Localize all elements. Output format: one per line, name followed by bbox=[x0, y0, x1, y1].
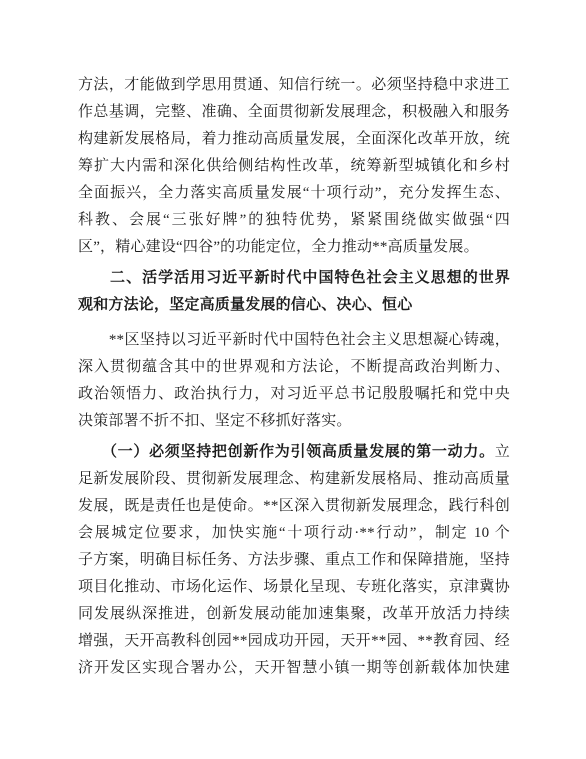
text-run: 足新发展阶段、贯彻新发展理念、构建新发展格局、推动高质量 bbox=[78, 471, 510, 487]
text-run: 会展城定位要求，加快实施“十项行动·**行动”，制定 10 个 bbox=[78, 525, 510, 541]
text-line: 同发展纵深推进，创新发展动能加速集聚，改革开放活力持续 bbox=[78, 601, 510, 628]
text-run: 区”，精心建设“四谷”的功能定位，全力推动**高质量发展。 bbox=[78, 239, 479, 255]
text-run: 同发展纵深推进，创新发展动能加速集聚，改革开放活力持续 bbox=[78, 606, 510, 622]
paragraph: 方法，才能做到学思用贯通、知信行统一。必须坚持稳中求进工作总基调，完整、准确、全… bbox=[78, 72, 510, 261]
text-line: 筹扩大内需和深化供给侧结构性改革，统筹新型城镇化和乡村 bbox=[78, 153, 510, 180]
text-line: （一）必须坚持把创新作为引领高质量发展的第一动力。立 bbox=[78, 439, 510, 466]
text-line: 足新发展阶段、贯彻新发展理念、构建新发展格局、推动高质量 bbox=[78, 466, 510, 493]
text-run: 筹扩大内需和深化供给侧结构性改革，统筹新型城镇化和乡村 bbox=[78, 158, 510, 174]
text-run: 深入贯彻蕴含其中的世界观和方法论，不断提高政治判断力、 bbox=[78, 359, 510, 375]
text-line: 方法，才能做到学思用贯通、知信行统一。必须坚持稳中求进工 bbox=[78, 72, 510, 99]
text-run: 项目化推动、市场化运作、场景化呈现、专班化落实，京津冀协 bbox=[78, 579, 510, 595]
text-run: 立 bbox=[495, 444, 510, 460]
text-run bbox=[78, 444, 109, 460]
text-line: 科教、会展“三张好牌”的独特优势，紧紧围绕做实做强“四 bbox=[78, 207, 510, 234]
text-line: 子方案，明确目标任务、方法步骤、重点工作和保障措施，坚持 bbox=[78, 547, 510, 574]
text-run: 济开发区实现合署办公，天开智慧小镇一期等创新载体加快建 bbox=[78, 660, 510, 676]
text-run: **区坚持以习近平新时代中国特色社会主义思想凝心铸魂， bbox=[78, 332, 510, 348]
text-line: **区坚持以习近平新时代中国特色社会主义思想凝心铸魂， bbox=[78, 327, 510, 354]
text-line: 政治领悟力、政治执行力，对习近平总书记殷殷嘱托和党中央 bbox=[78, 381, 510, 408]
text-line: 发展，既是责任也是使命。**区深入贯彻新发展理念，践行科创 bbox=[78, 493, 510, 520]
document-text-block: 方法，才能做到学思用贯通、知信行统一。必须坚持稳中求进工作总基调，完整、准确、全… bbox=[78, 72, 510, 682]
paragraph: **区坚持以习近平新时代中国特色社会主义思想凝心铸魂，深入贯彻蕴含其中的世界观和… bbox=[78, 327, 510, 435]
text-line: 项目化推动、市场化运作、场景化呈现、专班化落实，京津冀协 bbox=[78, 574, 510, 601]
text-run: 全面振兴，全力落实高质量发展“十项行动”，充分发挥生态、 bbox=[78, 185, 510, 201]
text-line: 二、活学活用习近平新时代中国特色社会主义思想的世界 bbox=[78, 265, 510, 292]
text-run: 发展，既是责任也是使命。**区深入贯彻新发展理念，践行科创 bbox=[78, 498, 510, 514]
text-line: 观和方法论，坚定高质量发展的信心、决心、恒心 bbox=[78, 292, 510, 319]
text-run: 观和方法论，坚定高质量发展的信心、决心、恒心 bbox=[78, 297, 412, 313]
text-line: 会展城定位要求，加快实施“十项行动·**行动”，制定 10 个 bbox=[78, 520, 510, 547]
text-line: 深入贯彻蕴含其中的世界观和方法论，不断提高政治判断力、 bbox=[78, 354, 510, 381]
section-heading: 二、活学活用习近平新时代中国特色社会主义思想的世界观和方法论，坚定高质量发展的信… bbox=[78, 265, 510, 319]
text-line: 决策部署不折不扣、坚定不移抓好落实。 bbox=[78, 408, 510, 435]
text-run: 子方案，明确目标任务、方法步骤、重点工作和保障措施，坚持 bbox=[78, 552, 510, 568]
document-page: 方法，才能做到学思用贯通、知信行统一。必须坚持稳中求进工作总基调，完整、准确、全… bbox=[0, 0, 586, 759]
text-line: 济开发区实现合署办公，天开智慧小镇一期等创新载体加快建 bbox=[78, 655, 510, 682]
text-run: 决策部署不折不扣、坚定不移抓好落实。 bbox=[78, 413, 352, 429]
text-line: 区”，精心建设“四谷”的功能定位，全力推动**高质量发展。 bbox=[78, 234, 510, 261]
text-line: 作总基调，完整、准确、全面贯彻新发展理念，积极融入和服务 bbox=[78, 99, 510, 126]
text-run: 政治领悟力、政治执行力，对习近平总书记殷殷嘱托和党中央 bbox=[78, 386, 510, 402]
text-line: 全面振兴，全力落实高质量发展“十项行动”，充分发挥生态、 bbox=[78, 180, 510, 207]
text-run: 增强，天开高教科创园**园成功开园，天开**园、**教育园、经 bbox=[78, 633, 510, 649]
bold-run: （一）必须坚持把创新作为引领高质量发展的第一动力。 bbox=[109, 444, 494, 460]
text-line: 增强，天开高教科创园**园成功开园，天开**园、**教育园、经 bbox=[78, 628, 510, 655]
text-run: 构建新发展格局，着力推动高质量发展，全面深化改革开放，统 bbox=[78, 131, 510, 147]
paragraph: （一）必须坚持把创新作为引领高质量发展的第一动力。立足新发展阶段、贯彻新发展理念… bbox=[78, 439, 510, 682]
text-run: 方法，才能做到学思用贯通、知信行统一。必须坚持稳中求进工 bbox=[78, 77, 510, 93]
text-run: 作总基调，完整、准确、全面贯彻新发展理念，积极融入和服务 bbox=[78, 104, 510, 120]
text-run: 科教、会展“三张好牌”的独特优势，紧紧围绕做实做强“四 bbox=[78, 212, 510, 228]
text-line: 构建新发展格局，着力推动高质量发展，全面深化改革开放，统 bbox=[78, 126, 510, 153]
text-run: 二、活学活用习近平新时代中国特色社会主义思想的世界 bbox=[78, 270, 510, 286]
